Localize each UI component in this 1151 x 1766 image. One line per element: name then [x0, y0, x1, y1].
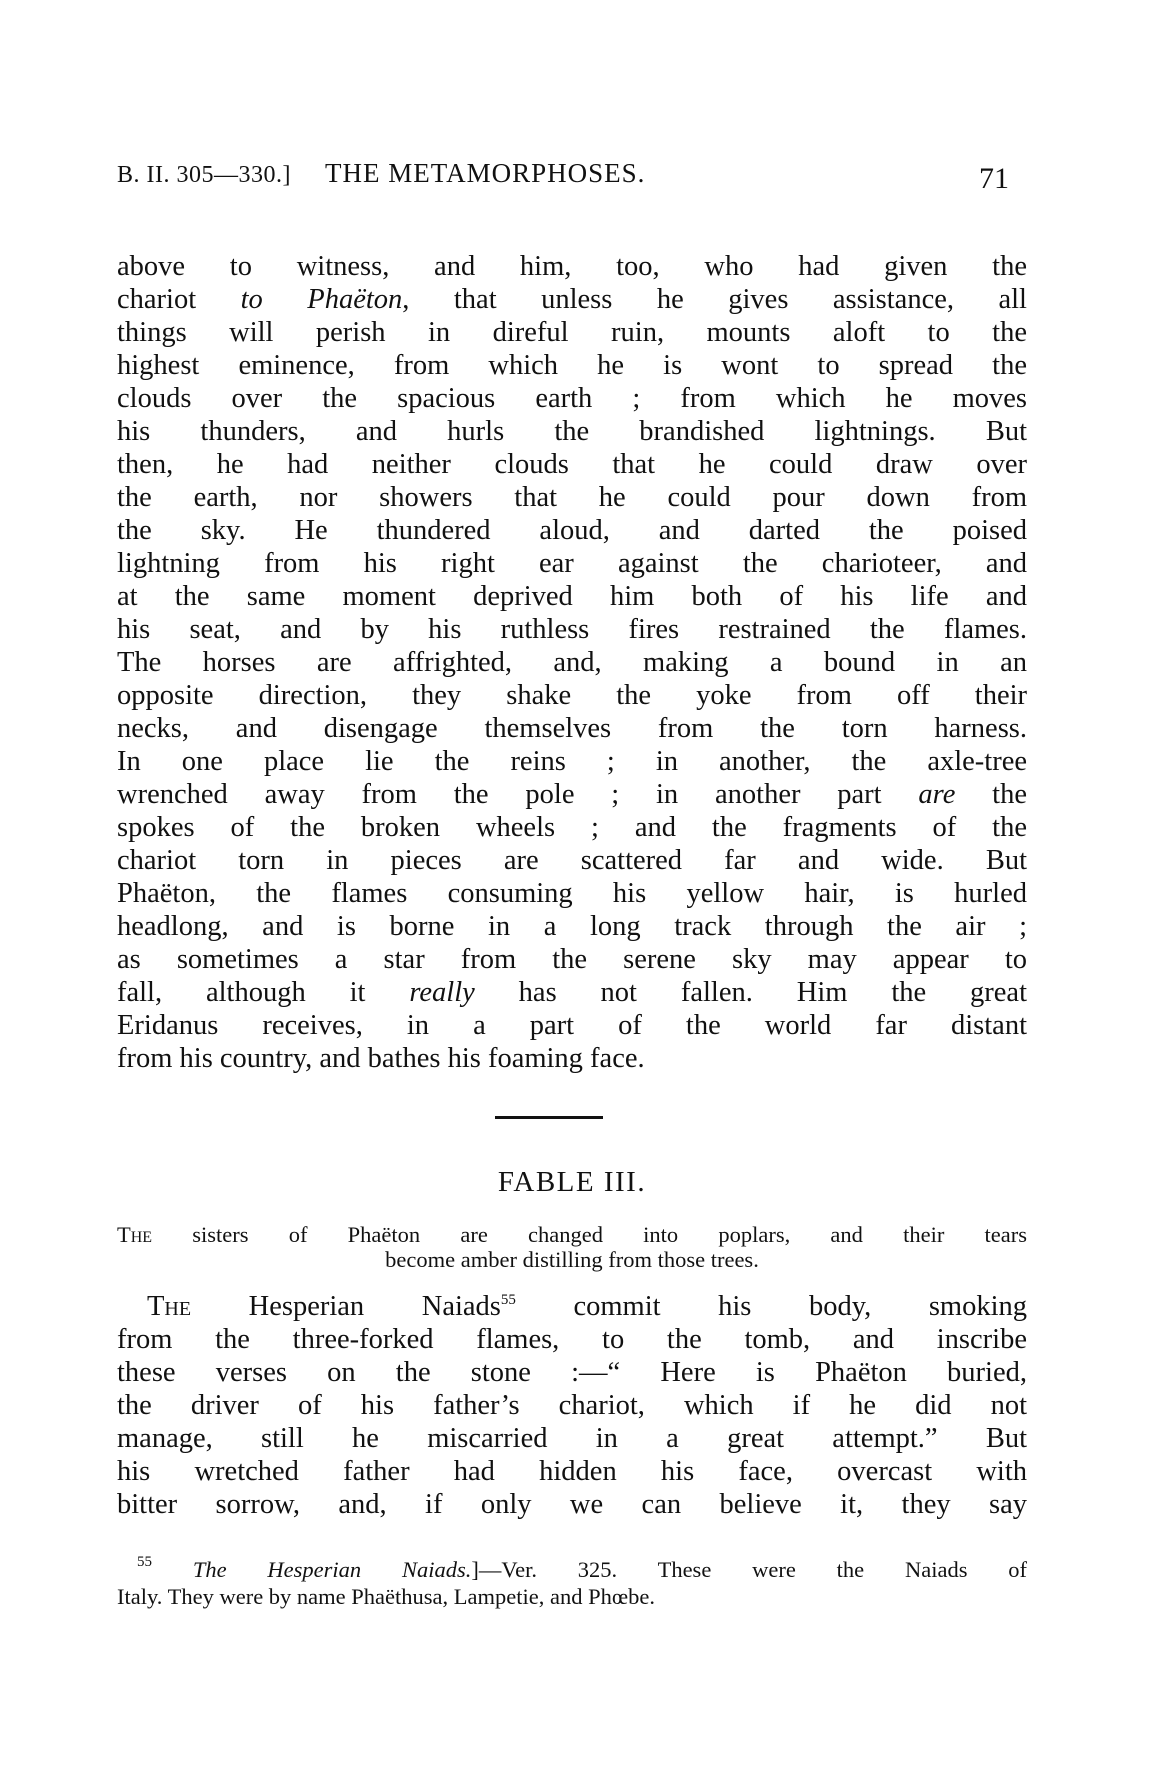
paragraph-line: his thunders, and hurls the brandished l… — [117, 415, 1027, 448]
paragraph-line: wrenched away from the pole ; in another… — [117, 778, 1027, 811]
paragraph-line: then, he had neither clouds that he coul… — [117, 448, 1027, 481]
paragraph-line: from his country, and bathes his foaming… — [117, 1042, 1027, 1075]
italic-text: really — [409, 977, 474, 1008]
footnote-reference[interactable]: 55 — [501, 1292, 516, 1308]
paragraph-line: as sometimes a star from the serene sky … — [117, 943, 1027, 976]
paragraph-line: highest eminence, from which he is wont … — [117, 349, 1027, 382]
footnote-line: 55 The Hesperian Naiads.]—Ver. 325. Thes… — [117, 1556, 1027, 1583]
fable-heading: FABLE III. — [117, 1166, 1027, 1199]
paragraph-line: at the same moment deprived him both of … — [117, 580, 1027, 613]
paragraph-line: above to witness, and him, too, who had … — [117, 250, 1027, 283]
footnote-number: 55 — [137, 1554, 152, 1570]
paragraph-line: clouds over the spacious earth ; from wh… — [117, 382, 1027, 415]
fable-summary: The sisters of Phaëton are changed into … — [117, 1222, 1027, 1272]
paragraph-line: manage, still he miscarried in a great a… — [117, 1422, 1027, 1455]
paragraph-line: Phaëton, the flames consuming his yellow… — [117, 877, 1027, 910]
paragraph-line: The Hesperian Naiads55 commit his body, … — [117, 1290, 1027, 1323]
footnote-title: The Hesperian Naiads. — [193, 1557, 472, 1582]
paragraph-line: the driver of his father’s chariot, whic… — [117, 1389, 1027, 1422]
paragraph-line: chariot torn in pieces are scattered far… — [117, 844, 1027, 877]
fable-paragraph: The Hesperian Naiads55 commit his body, … — [117, 1290, 1027, 1521]
paragraph-line: In one place lie the reins ; in another,… — [117, 745, 1027, 778]
footnotes: 55 The Hesperian Naiads.]—Ver. 325. Thes… — [117, 1556, 1027, 1610]
running-title: THE METAMORPHOSES. — [325, 158, 645, 189]
paragraph-lead: The — [147, 1291, 191, 1322]
book-line-reference: B. II. 305—330.] — [117, 162, 291, 189]
paragraph-line: fall, although it really has not fallen.… — [117, 976, 1027, 1009]
italic-text: to Phaëton — [241, 284, 403, 315]
paragraph-line: from the three-forked flames, to the tom… — [117, 1323, 1027, 1356]
footnote-line: Italy. They were by name Phaëthusa, Lamp… — [117, 1583, 1027, 1610]
running-head: B. II. 305—330.] THE METAMORPHOSES. 71 — [117, 158, 1027, 198]
summary-line: become amber distilling from those trees… — [117, 1247, 1027, 1272]
paragraph-line: the earth, nor showers that he could pou… — [117, 481, 1027, 514]
paragraph-line: Eridanus receives, in a part of the worl… — [117, 1009, 1027, 1042]
paragraph-line: spokes of the broken wheels ; and the fr… — [117, 811, 1027, 844]
paragraph-line: his wretched father had hidden his face,… — [117, 1455, 1027, 1488]
paragraph-line: things will perish in direful ruin, moun… — [117, 316, 1027, 349]
paragraph-line: headlong, and is borne in a long track t… — [117, 910, 1027, 943]
paragraph-line: lightning from his right ear against the… — [117, 547, 1027, 580]
section-divider — [495, 1116, 603, 1119]
paragraph-line: the sky. He thundered aloud, and darted … — [117, 514, 1027, 547]
paragraph-line: his seat, and by his ruthless fires rest… — [117, 613, 1027, 646]
summary-lead: The — [117, 1222, 152, 1247]
italic-text: are — [918, 779, 955, 810]
paragraph-line: necks, and disengage themselves from the… — [117, 712, 1027, 745]
paragraph-line: chariot to Phaëton, that unless he gives… — [117, 283, 1027, 316]
paragraph-line: these verses on the stone :—“ Here is Ph… — [117, 1356, 1027, 1389]
paragraph-line: The horses are affrighted, and, making a… — [117, 646, 1027, 679]
summary-line: The sisters of Phaëton are changed into … — [117, 1222, 1027, 1247]
main-paragraph: above to witness, and him, too, who had … — [117, 250, 1027, 1075]
paragraph-line: opposite direction, they shake the yoke … — [117, 679, 1027, 712]
paragraph-line: bitter sorrow, and, if only we can belie… — [117, 1488, 1027, 1521]
page-number: 71 — [979, 162, 1009, 196]
